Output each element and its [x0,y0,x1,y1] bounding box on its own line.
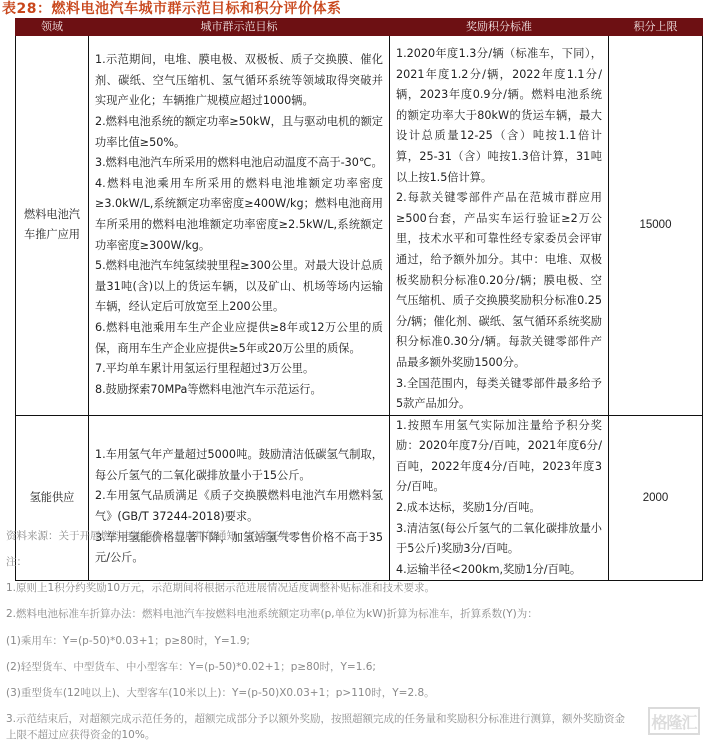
goal-item: 6.燃料电池乘用车生产企业应提供≥8年或12万公里的质保，商用车生产企业应提供≥… [95,318,383,359]
goal-item: 1.示范期间，电堆、膜电极、双极板、质子交换膜、催化剂、碳纸、空气压缩机、氢气循… [95,50,383,112]
goal-item: 4.燃料电池乘用车所采用的燃料电池堆额定功率密度≥3.0kW/L,系统额定功率密… [95,174,383,256]
watermark-logo: 格隆汇 [648,707,700,735]
reward-item: 1.2020年度1.3分/辆（标准车，下同），2021年度1.2分/辆，2022… [396,44,602,188]
evaluation-table: 领域 城市群示范目标 奖励积分标准 积分上限 燃料电池汽车推广应用 1.示范期间… [15,18,703,581]
row-limit: 15000 [609,36,703,416]
row-domain: 燃料电池汽车推广应用 [16,36,89,416]
reward-item: 2.成本达标，奖励1分/百吨。 [396,498,602,519]
reward-item: 3.全国范围内，每类关键零部件最多给予5款产品加分。 [396,374,602,415]
note-item: (2)轻型货车、中型货车、中小型客车：Y=(p-50)*0.02+1；p≥80时… [6,659,376,674]
goal-item: 3.燃料电池汽车所采用的燃料电池启动温度不高于-30℃。 [95,153,383,174]
note-item: 3.示范结束后，对超额完成示范任务的，超额完成部分予以额外奖励，按照超额完成的任… [6,711,625,726]
reward-item: 1.按照车用氢气实际加注量给予积分奖励：2020年度7分/百吨，2021年度6分… [396,416,602,498]
header-rewards: 奖励积分标准 [390,19,609,36]
row-rewards: 1.按照车用氢气实际加注量给予积分奖励：2020年度7分/百吨，2021年度6分… [390,415,609,581]
header-domain: 领域 [16,19,89,36]
note-item: 1.原则上1积分约奖励10万元，示范期间将根据示范进展情况适度调整补贴标准和技术… [6,580,435,595]
table-row: 燃料电池汽车推广应用 1.示范期间，电堆、膜电极、双极板、质子交换膜、催化剂、碳… [16,36,703,416]
goal-item: 2.燃料电池系统的额定功率≥50kW，且与驱动电机的额定功率比值≥50%。 [95,112,383,153]
table-header-row: 领域 城市群示范目标 奖励积分标准 积分上限 [16,19,703,36]
notes-label: 注： [6,554,27,569]
note-item: 上限不超过应获得资金的10%。 [6,727,155,742]
table-row: 氢能供应 1.车用氢气年产量超过5000吨。鼓励清洁低碳氢气制取，每公斤氢气的二… [16,415,703,581]
header-limit: 积分上限 [609,19,703,36]
row-limit: 2000 [609,415,703,581]
note-item: 2.燃料电池标准车折算办法：燃料电池汽车按燃料电池系统额定功率(p,单位为kW)… [6,606,538,621]
goal-item: 7.平均单车累计用氢运行里程超过3万公里。 [95,359,383,380]
goal-item: 5.燃料电池汽车纯氢续驶里程≥300公里。对最大设计总质量31吨(含)以上的货运… [95,256,383,318]
reward-item: 2.每款关键零部件产品在范城市群应用≥500台套，产品实车运行验证≥2万公里，技… [396,188,602,373]
reward-item: 4.运输半径<200km,奖励1分/百吨。 [396,560,602,581]
header-goals: 城市群示范目标 [89,19,390,36]
goal-item: 1.车用氢气年产量超过5000吨。鼓励清洁低碳氢气制取，每公斤氢气的二氧化碳排放… [95,445,383,486]
row-goals: 1.示范期间，电堆、膜电极、双极板、质子交换膜、催化剂、碳纸、空气压缩机、氢气循… [89,36,390,416]
note-item: (3)重型货车(12吨以上)、大型客车(10米以上)：Y=(p-50)X0.03… [6,685,435,700]
table-title: 表28：燃料电池汽车城市群示范目标和积分评价体系 [2,0,341,18]
goal-item: 2.车用氢气品质满足《质子交换膜燃料电池汽车用燃料氢气》(GB/T 37244-… [95,486,383,527]
row-goals: 1.车用氢气年产量超过5000吨。鼓励清洁低碳氢气制取，每公斤氢气的二氧化碳排放… [89,415,390,581]
goal-item: 8.鼓励探索70MPa等燃料电池汽车示范运行。 [95,380,383,401]
note-item: (1)乘用车：Y=(p-50)*0.03+1；p≥80时，Y=1.9; [6,633,250,648]
source-line: 资料来源：关于开展燃料电池汽车示范应用的通知，招商证券 [6,528,290,543]
row-rewards: 1.2020年度1.3分/辆（标准车，下同），2021年度1.2分/辆，2022… [390,36,609,416]
reward-item: 3.清洁氢(每公斤氢气的二氧化碳排放量小于5公斤)奖励3分/百吨。 [396,519,602,560]
